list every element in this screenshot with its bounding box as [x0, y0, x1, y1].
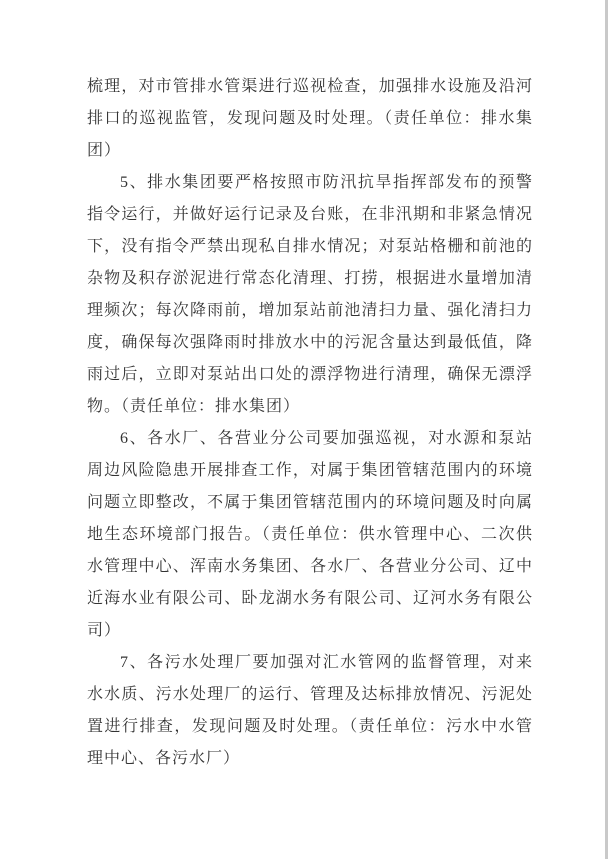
document-page: 梳理，对市管排水管渠进行巡视检查，加强排水设施及沿河 排口的巡视监管，发现问题及…	[0, 0, 613, 859]
text-line: 雨过后，立即对泵站出口处的漂浮物进行清理，确保无漂浮	[87, 359, 533, 391]
text-line: 周边风险隐患开展排查工作，对属于集团管辖范围内的环境	[87, 455, 533, 487]
text-line: 团）	[87, 135, 533, 167]
text-line: 度，确保每次强降雨时排放水中的污泥含量达到最低值，降	[87, 327, 533, 359]
text-line: 置进行排查，发现问题及时处理。（责任单位：污水中水管	[87, 711, 533, 743]
text-line: 地生态环境部门报告。（责任单位：供水管理中心、二次供	[87, 519, 533, 551]
text-line: 排口的巡视监管，发现问题及时处理。（责任单位：排水集	[87, 103, 533, 135]
text-line: 水水质、污水处理厂的运行、管理及达标排放情况、污泥处	[87, 679, 533, 711]
text-line: 指令运行，并做好运行记录及台账，在非汛期和非紧急情况	[87, 199, 533, 231]
text-line: 司）	[87, 615, 533, 647]
text-line: 6、各水厂、各营业分公司要加强巡视，对水源和泵站	[87, 423, 533, 455]
text-line: 问题立即整改，不属于集团管辖范围内的环境问题及时向属	[87, 487, 533, 519]
text-line: 理中心、各污水厂）	[87, 743, 533, 775]
text-line: 下，没有指令严禁出现私自排水情况；对泵站格栅和前池的	[87, 231, 533, 263]
text-line: 7、各污水处理厂要加强对汇水管网的监督管理，对来	[87, 647, 533, 679]
text-line: 杂物及积存淤泥进行常态化清理、打捞，根据进水量增加清	[87, 263, 533, 295]
document-text-block: 梳理，对市管排水管渠进行巡视检查，加强排水设施及沿河 排口的巡视监管，发现问题及…	[87, 71, 533, 775]
text-line: 5、排水集团要严格按照市防汛抗旱指挥部发布的预警	[87, 167, 533, 199]
text-line: 理频次；每次降雨前，增加泵站前池清扫力量、强化清扫力	[87, 295, 533, 327]
text-line: 物。（责任单位：排水集团）	[87, 391, 533, 423]
text-line: 水管理中心、浑南水务集团、各水厂、各营业分公司、辽中	[87, 551, 533, 583]
page-edge-divider	[605, 0, 608, 859]
text-line: 近海水业有限公司、卧龙湖水务有限公司、辽河水务有限公	[87, 583, 533, 615]
text-line: 梳理，对市管排水管渠进行巡视检查，加强排水设施及沿河	[87, 71, 533, 103]
